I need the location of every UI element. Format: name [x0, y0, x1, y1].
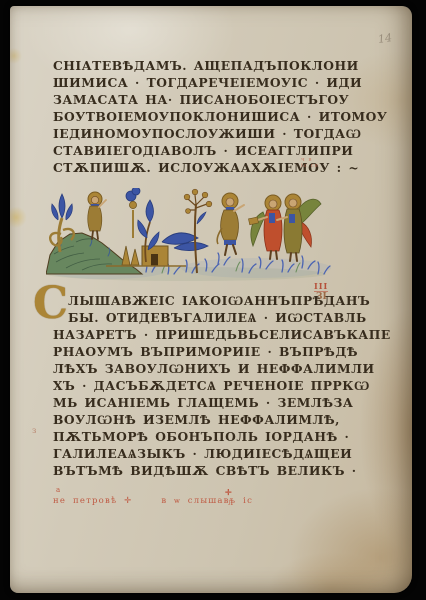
photo-background: 14 СНІАТЕВѢДАМЪ. АЩЕПАДЪПОКЛОНИ ШИМИСА ·…	[0, 0, 426, 600]
manuscript-page: 14 СНІАТЕВѢДАМЪ. АЩЕПАДЪПОКЛОНИ ШИМИСА ·…	[10, 6, 412, 593]
text-line: ХЪ · ДАСЪБѪДЕТСѦ РЕЧЕНОІЕ ПРРКѠ	[53, 377, 391, 394]
christ-walking-figure	[217, 193, 244, 255]
angel-red-robe-figure	[248, 195, 282, 259]
red-marginal-gloss: ч в іс св	[301, 157, 319, 169]
rubric-left: не петровѣ ✛	[53, 496, 133, 506]
text-line: ВОУЛѠНѢ ИЗЕМЛѢ НЕФФАЛИМЛѢ,	[53, 411, 391, 428]
marginal-section-number: ІІІ	[314, 281, 328, 292]
text-line: ІЕДИНОМОУПОСЛОУЖИШИ · ТОГДАѠ	[53, 125, 387, 142]
drooping-leaves	[162, 233, 208, 251]
lectionary-rubric: не петровѣ ✛ в ѡ слышавъ іс	[53, 495, 253, 506]
rubric-superscript: а	[56, 486, 60, 494]
text-line: ШИМИСА · ТОГДАРЕЧЕІЕМОУІС · ИДИ	[53, 74, 387, 91]
text-block-lower: ЛЫШАВЖЕІС ІАКОІѠАННЪПРѢДАНЪ БЫ. ОТИДЕВЪГ…	[53, 292, 391, 479]
rubric-letter: л	[228, 498, 233, 507]
text-line: МЬ ИСАНІЕМЬ ГЛАЩЕМЬ · ЗЕМЛѢЗА	[53, 394, 391, 411]
text-line: СТѪПИШѪ. ИСЛОУЖААХѪІЕМОУ : ~	[53, 159, 387, 176]
text-line: НАЗАРЕТЪ · ПРИШЕДЬВЬСЕЛИСАВЪКАПЕ	[53, 326, 391, 343]
blue-flower	[126, 188, 140, 238]
text-line: ГАЛИЛЕАѦЗЫКЪ · ЛЮДИІЕСѢДѦЩЕИ	[53, 445, 391, 462]
angel-olive-robe-figure	[277, 194, 321, 261]
christ-on-mountain-figure	[88, 192, 106, 239]
text-line: РНАОУМЪ ВЪПРИМОРИІЕ · ВЪПРѢДѢ	[53, 343, 391, 360]
text-line: БОУТВОІЕМОУПОКЛОНИШИСА · ИТОМОУ	[53, 108, 387, 125]
text-line: ЛѢХЪ ЗАВОУЛѠНИХЪ И НЕФФАЛИМЛИ	[53, 360, 391, 377]
text-line: ЛЫШАВЖЕІС ІАКОІѠАННЪПРѢДАНЪ	[53, 292, 391, 309]
text-line: ВЪТЪМѢ ВИДѢШѪ СВѢТЪ ВЕЛИКЪ ·	[53, 462, 391, 479]
folio-number: 14	[377, 31, 393, 46]
text-line: БЫ. ОТИДЕВЪГАЛИЛЕѦ · ИѠСТАВЛЬ	[53, 309, 391, 326]
text-line: СТАВИІЕГОДІАВОЛЪ · ИСЕАГГЛИПРИ	[53, 142, 387, 159]
text-line: ЗАМАСАТА НА· ПИСАНОБОІЕСТЪГОУ	[53, 91, 387, 108]
temptation-of-christ-miniature	[46, 188, 331, 283]
rubric-cross-icon: ✛	[225, 487, 232, 497]
marginal-left-mark: з	[32, 426, 36, 435]
text-line: ПѪТЬМОРѢ ОБОНЪПОЛЬ ІОРДАНѢ ·	[53, 428, 391, 445]
text-line: СНІАТЕВѢДАМЪ. АЩЕПАДЪПОКЛОНИ	[53, 57, 387, 74]
rubric-middle: в ѡ слышавъ іс	[161, 496, 253, 506]
text-block-upper: СНІАТЕВѢДАМЪ. АЩЕПАДЪПОКЛОНИ ШИМИСА · ТО…	[53, 57, 387, 176]
